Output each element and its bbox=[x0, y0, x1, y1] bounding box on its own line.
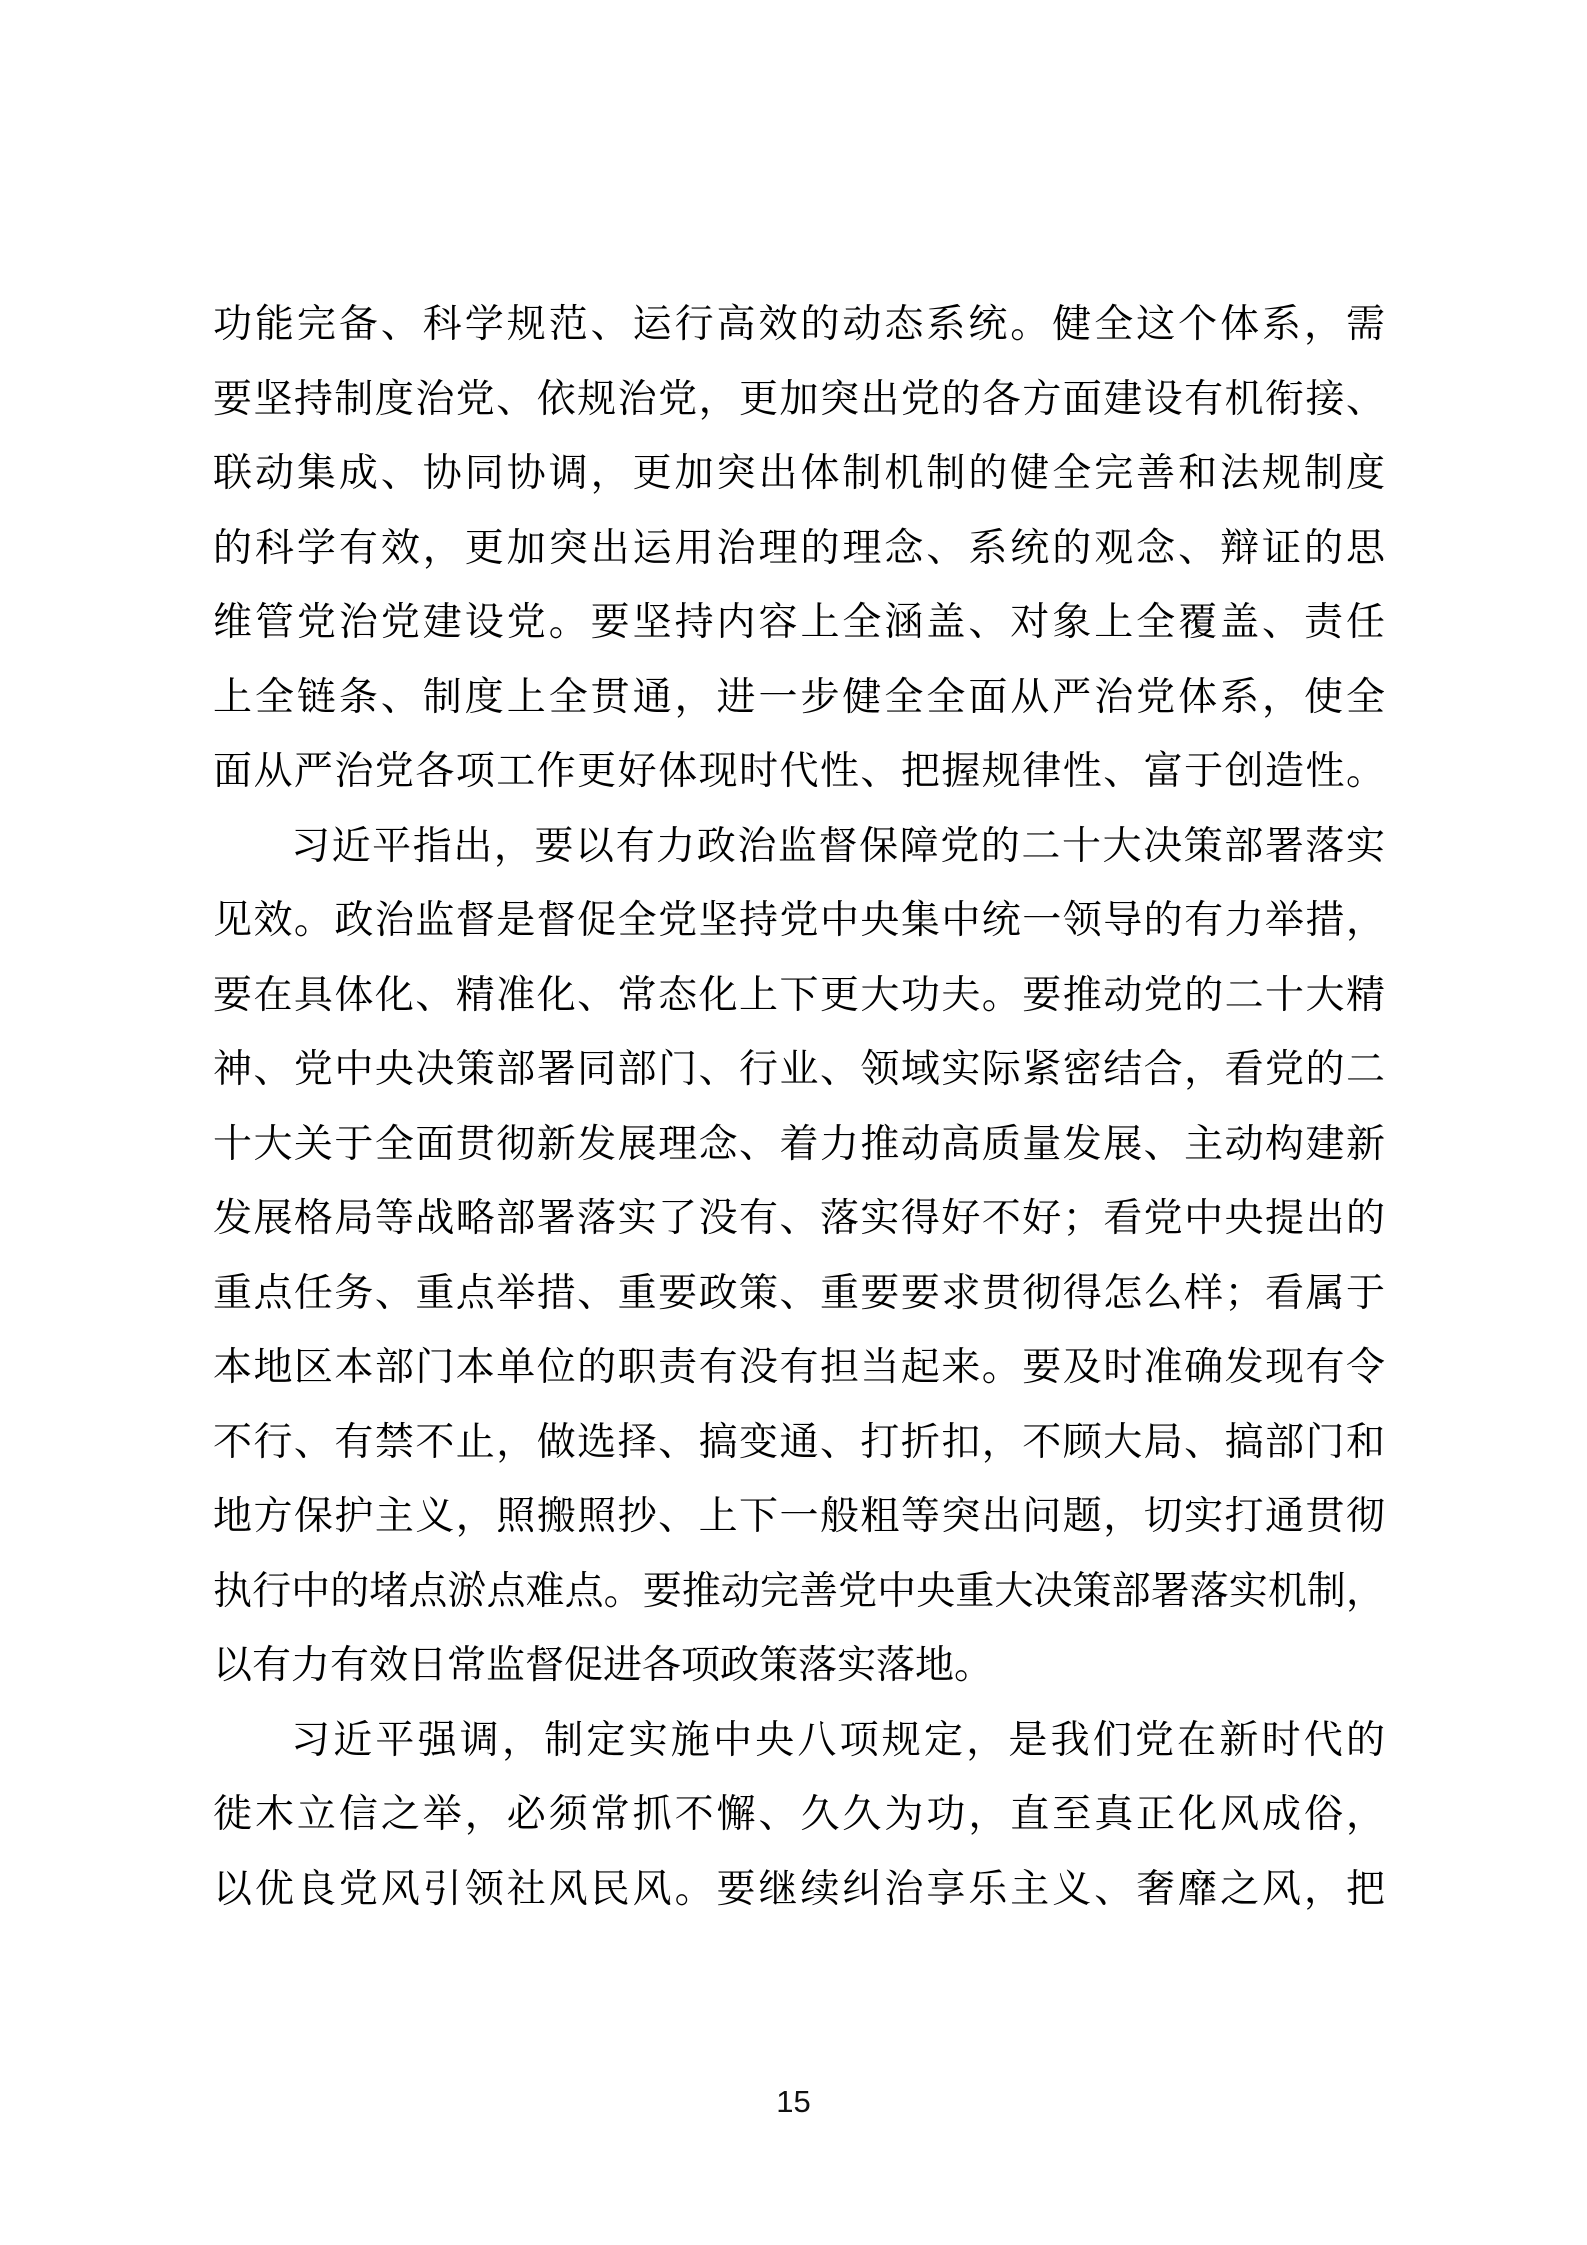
text-line: 维管党治党建设党。要坚持内容上全涵盖、对象上全覆盖、责任 bbox=[213, 586, 1385, 661]
text-line: 要坚持制度治党、依规治党，更加突出党的各方面建设有机衔接、 bbox=[213, 363, 1385, 438]
page-number: 15 bbox=[0, 2083, 1587, 2120]
text-line: 以优良党风引领社风民风。要继续纠治享乐主义、奢靡之风，把 bbox=[213, 1853, 1385, 1928]
text-line: 要在具体化、精准化、常态化上下更大功夫。要推动党的二十大精 bbox=[213, 959, 1385, 1034]
body-text: 功能完备、科学规范、运行高效的动态系统。健全这个体系，需要坚持制度治党、依规治党… bbox=[213, 288, 1385, 1927]
text-line: 习近平强调，制定实施中央八项规定，是我们党在新时代的 bbox=[213, 1704, 1385, 1779]
text-line: 不行、有禁不止，做选择、搞变通、打折扣，不顾大局、搞部门和 bbox=[213, 1406, 1385, 1481]
text-line: 功能完备、科学规范、运行高效的动态系统。健全这个体系，需 bbox=[213, 288, 1385, 363]
text-line: 徙木立信之举，必须常抓不懈、久久为功，直至真正化风成俗， bbox=[213, 1778, 1385, 1853]
document-page: 功能完备、科学规范、运行高效的动态系统。健全这个体系，需要坚持制度治党、依规治党… bbox=[0, 0, 1587, 2245]
text-line: 本地区本部门本单位的职责有没有担当起来。要及时准确发现有令 bbox=[213, 1331, 1385, 1406]
text-line: 上全链条、制度上全贯通，进一步健全全面从严治党体系，使全 bbox=[213, 661, 1385, 736]
text-line: 执行中的堵点淤点难点。要推动完善党中央重大决策部署落实机制， bbox=[213, 1555, 1385, 1630]
text-line: 神、党中央决策部署同部门、行业、领域实际紧密结合，看党的二 bbox=[213, 1033, 1385, 1108]
text-line: 的科学有效，更加突出运用治理的理念、系统的观念、辩证的思 bbox=[213, 512, 1385, 587]
text-line: 习近平指出，要以有力政治监督保障党的二十大决策部署落实 bbox=[213, 810, 1385, 885]
text-line: 以有力有效日常监督促进各项政策落实落地。 bbox=[213, 1629, 1385, 1704]
text-line: 联动集成、协同协调，更加突出体制机制的健全完善和法规制度 bbox=[213, 437, 1385, 512]
text-line: 面从严治党各项工作更好体现时代性、把握规律性、富于创造性。 bbox=[213, 735, 1385, 810]
text-line: 见效。政治监督是督促全党坚持党中央集中统一领导的有力举措， bbox=[213, 884, 1385, 959]
text-line: 十大关于全面贯彻新发展理念、着力推动高质量发展、主动构建新 bbox=[213, 1108, 1385, 1183]
text-line: 发展格局等战略部署落实了没有、落实得好不好；看党中央提出的 bbox=[213, 1182, 1385, 1257]
text-line: 重点任务、重点举措、重要政策、重要要求贯彻得怎么样；看属于 bbox=[213, 1257, 1385, 1332]
text-line: 地方保护主义，照搬照抄、上下一般粗等突出问题，切实打通贯彻 bbox=[213, 1480, 1385, 1555]
